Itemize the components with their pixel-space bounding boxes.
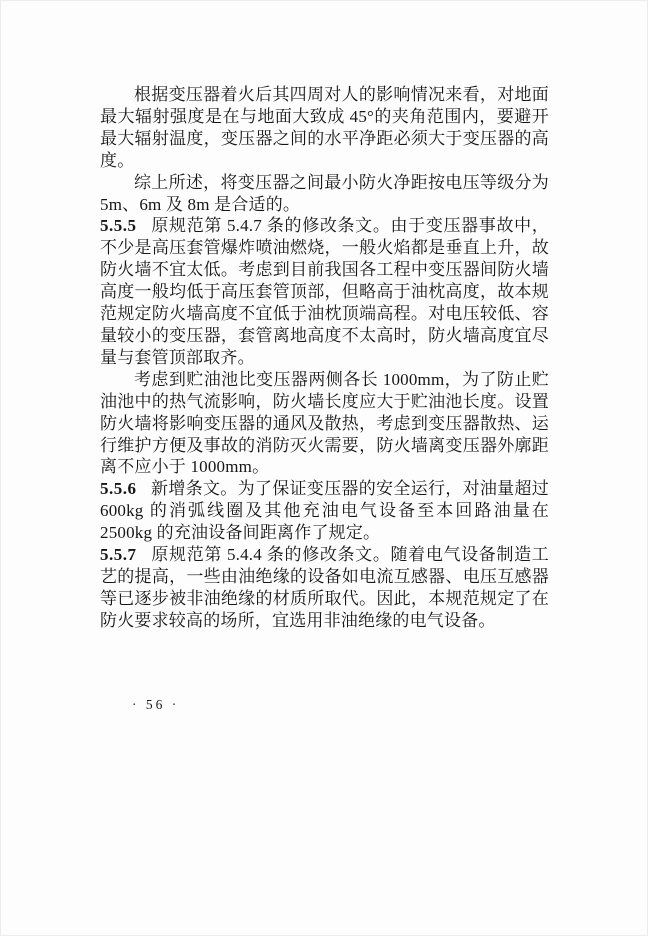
section-number: 5.5.6 [100,479,137,498]
section-5-5-5: 5.5.5原规范第 5.4.7 条的修改条文。由于变压器事故中，不少是高压套管爆… [100,215,549,368]
section-number: 5.5.7 [100,545,137,564]
section-text: 新增条文。为了保证变压器的安全运行，对油量超过 600kg 的消弧线圈及其他充油… [100,479,549,542]
paragraph-radiation-angle: 根据变压器着火后其四周对人的影响情况来看，对地面最大辐射强度是在与地面大致成 4… [100,84,549,172]
section-number: 5.5.5 [100,216,137,235]
section-5-5-6: 5.5.6新增条文。为了保证变压器的安全运行，对油量超过 600kg 的消弧线圈… [100,478,549,544]
section-text: 原规范第 5.4.7 条的修改条文。由于变压器事故中，不少是高压套管爆炸喷油燃烧… [100,216,549,366]
section-5-5-7: 5.5.7原规范第 5.4.4 条的修改条文。随着电气设备制造工艺的提高，一些由… [100,544,549,632]
page-number: · 56 · [132,697,179,713]
paragraph-oil-pit-firewall: 考虑到贮油池比变压器两侧各长 1000mm，为了防止贮油池中的热气流影响，防火墙… [100,369,549,479]
section-text: 原规范第 5.4.4 条的修改条文。随着电气设备制造工艺的提高，一些由油绝缘的设… [100,545,549,630]
document-body: 根据变压器着火后其四周对人的影响情况来看，对地面最大辐射强度是在与地面大致成 4… [100,84,549,632]
document-page: 根据变压器着火后其四周对人的影响情况来看，对地面最大辐射强度是在与地面大致成 4… [0,0,648,936]
paragraph-min-clearance-summary: 综上所述，将变压器之间最小防火净距按电压等级分为 5m、6m 及 8m 是合适的… [100,172,549,216]
